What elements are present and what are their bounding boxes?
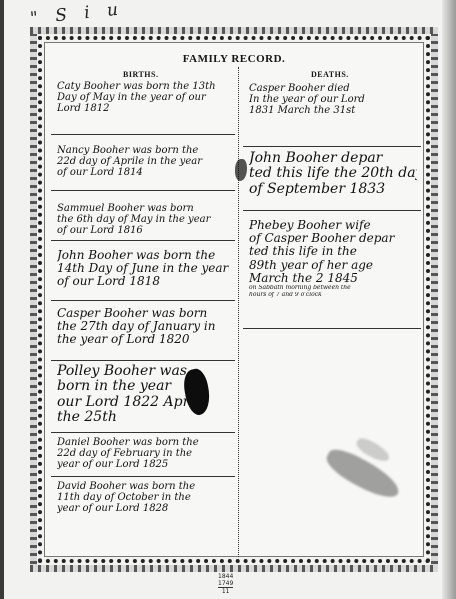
entry-line: 1831 March the 31st	[249, 105, 417, 116]
entry-line: David Booher was born the	[57, 481, 231, 492]
entry-line: Day of May in the year of our	[57, 92, 231, 103]
entry-line: 22d day of Aprile in the year	[57, 156, 231, 167]
entry-note-line: on Sabbath morning between the	[249, 285, 417, 292]
corner-annotation: " S i u	[29, 0, 125, 29]
page-title: FAMILY RECORD.	[45, 53, 423, 65]
entry-line: ted this life the 20th day	[249, 166, 417, 181]
calc-line: 1844	[218, 573, 233, 580]
entry-line: of our Lord 1816	[57, 225, 231, 236]
births-column: Caty Booher was born the 13th Day of May…	[51, 79, 235, 523]
entry-line: In the year of our Lord	[249, 94, 417, 105]
entry-line: of Casper Booher depar	[249, 232, 417, 245]
death-entry: John Booher depar ted this life the 20th…	[243, 147, 421, 211]
calc-line: 1749	[218, 580, 233, 588]
entry-line: 89th year of her age	[249, 259, 417, 272]
entry-line: the year of Lord 1820	[57, 333, 231, 346]
birth-entry: Nancy Booher was born the 22d day of Apr…	[51, 135, 235, 191]
column-divider	[238, 67, 239, 557]
birth-entry: Daniel Booher was born the 22d day of Fe…	[51, 433, 235, 477]
entry-line: Daniel Booher was born the	[57, 437, 231, 448]
entry-line: John Booher depar	[249, 151, 417, 166]
scan-right-edge	[442, 0, 456, 599]
entry-line: Sammuel Booher was born	[57, 203, 231, 214]
entry-line: the 6th day of May in the year	[57, 214, 231, 225]
deaths-column: Casper Booher died In the year of our Lo…	[243, 79, 421, 329]
entry-line: John Booher was born the	[57, 249, 231, 262]
death-entry: Phebey Booher wife of Casper Booher depa…	[243, 211, 421, 329]
entry-line: of our Lord 1818	[57, 275, 231, 288]
death-entry: Casper Booher died In the year of our Lo…	[243, 79, 421, 147]
margin-calculation: 1844 1749 11	[218, 573, 233, 595]
entry-line: Lord 1812	[57, 103, 231, 114]
entry-line: 22d day of February in the	[57, 448, 231, 459]
birth-entry: Sammuel Booher was born the 6th day of M…	[51, 191, 235, 241]
births-heading: BIRTHS.	[123, 70, 158, 79]
birth-entry: Caty Booher was born the 13th Day of May…	[51, 79, 235, 135]
entry-line: Casper Booher died	[249, 83, 417, 94]
birth-entry: John Booher was born the 14th Day of Jun…	[51, 241, 235, 301]
entry-line: the 27th day of January in	[57, 320, 231, 333]
birth-entry: David Booher was born the 11th day of Oc…	[51, 477, 235, 523]
entry-line: 14th Day of June in the year	[57, 262, 231, 275]
entry-line: Casper Booher was born	[57, 307, 231, 320]
entry-note-line: hours of 7 and 9 o'clock	[249, 292, 417, 299]
family-record-page: FAMILY RECORD. BIRTHS. DEATHS. Caty Booh…	[44, 42, 424, 557]
calc-line: 11	[218, 588, 233, 595]
birth-entry: Casper Booher was born the 27th day of J…	[51, 301, 235, 361]
entry-line: 11th day of October in the	[57, 492, 231, 503]
entry-line: year of our Lord 1825	[57, 459, 231, 470]
entry-line: ted this life in the	[249, 245, 417, 258]
entry-line: of our Lord 1814	[57, 167, 231, 178]
entry-line: of September 1833	[249, 182, 417, 197]
entry-line: year of our Lord 1828	[57, 503, 231, 514]
entry-line: the 25th	[57, 410, 231, 425]
entry-line: Caty Booher was born the 13th	[57, 81, 231, 92]
entry-line: March the 2 1845	[249, 272, 417, 285]
scan-left-edge	[0, 0, 4, 599]
entry-line: Nancy Booher was born the	[57, 145, 231, 156]
deaths-heading: DEATHS.	[311, 70, 349, 79]
entry-line: Phebey Booher wife	[249, 219, 417, 232]
